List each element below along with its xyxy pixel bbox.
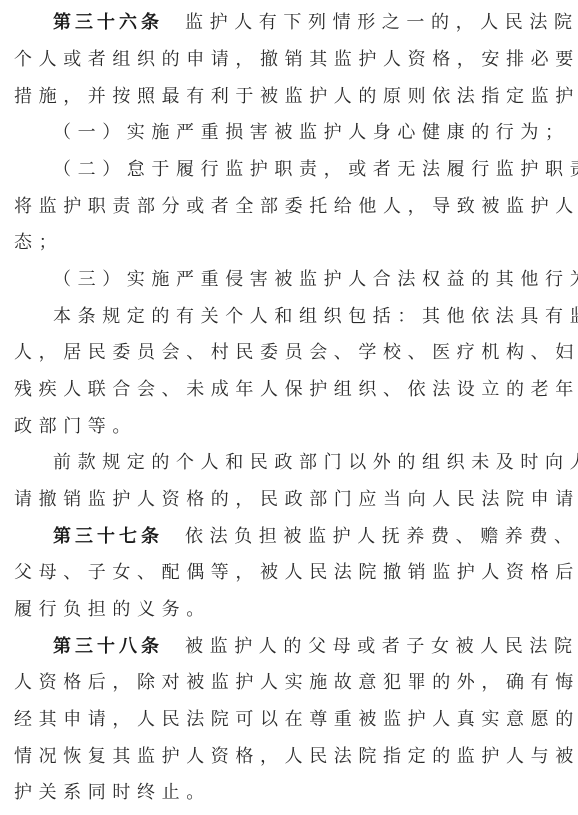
article-36-line-3: 措施，并按照最有利于被监护人的原则依法指定监护人： (14, 82, 578, 112)
article-38-line-2: 人资格后，除对被监护人实施故意犯罪的外，确有悔改表现的， (14, 668, 578, 698)
item-2-line-1: （二）怠于履行监护职责，或者无法履行监护职责并且拒绝 (53, 155, 578, 185)
scope-paragraph-line-4: 政部门等。 (14, 412, 137, 442)
article-37-line-2: 父母、子女、配偶等，被人民法院撤销监护人资格后，应当继续 (14, 558, 578, 588)
scope-paragraph-line-3: 残疾人联合会、未成年人保护组织、依法设立的老年人组织、民 (14, 375, 578, 405)
article-38-line-1: 第三十八条被监护人的父母或者子女被人民法院撤销监护 (53, 632, 578, 662)
item-2-line-2: 将监护职责部分或者全部委托给他人，导致被监护人处于危困状 (14, 192, 578, 222)
article-38-line-4: 情况恢复其监护人资格，人民法院指定的监护人与被监护人的监 (14, 742, 578, 772)
scope-paragraph-line-1: 本条规定的有关个人和组织包括：其他依法具有监护资格的 (53, 302, 578, 332)
scope-paragraph-line-2: 人，居民委员会、村民委员会、学校、医疗机构、妇女联合会、 (14, 338, 578, 368)
article-number: 第三十七条 (53, 526, 163, 547)
item-1-line-1: （一）实施严重损害被监护人身心健康的行为； (53, 118, 570, 148)
article-38-line-5: 护关系同时终止。 (14, 778, 211, 808)
article-37-line-1: 第三十七条依法负担被监护人抚养费、赡养费、扶养费的 (53, 522, 578, 552)
civil-affairs-paragraph-line-1: 前款规定的个人和民政部门以外的组织未及时向人民法院申 (53, 448, 578, 478)
item-3-line-1: （三）实施严重侵害被监护人合法权益的其他行为。 (53, 265, 578, 295)
civil-affairs-paragraph-line-2: 请撤销监护人资格的，民政部门应当向人民法院申请。 (14, 485, 578, 515)
legal-document: 第三十六条监护人有下列情形之一的，人民法院根据有关 个人或者组织的申请，撤销其监… (0, 0, 578, 815)
article-number: 第三十八条 (53, 636, 163, 657)
article-number: 第三十六条 (53, 12, 163, 33)
article-36-line-1: 第三十六条监护人有下列情形之一的，人民法院根据有关 (53, 8, 578, 38)
article-37-line-3: 履行负担的义务。 (14, 595, 211, 625)
article-36-line-2: 个人或者组织的申请，撤销其监护人资格，安排必要的临时监护 (14, 45, 578, 75)
article-38-line-3: 经其申请，人民法院可以在尊重被监护人真实意愿的前提下，视 (14, 705, 578, 735)
item-2-line-3: 态； (14, 228, 63, 258)
